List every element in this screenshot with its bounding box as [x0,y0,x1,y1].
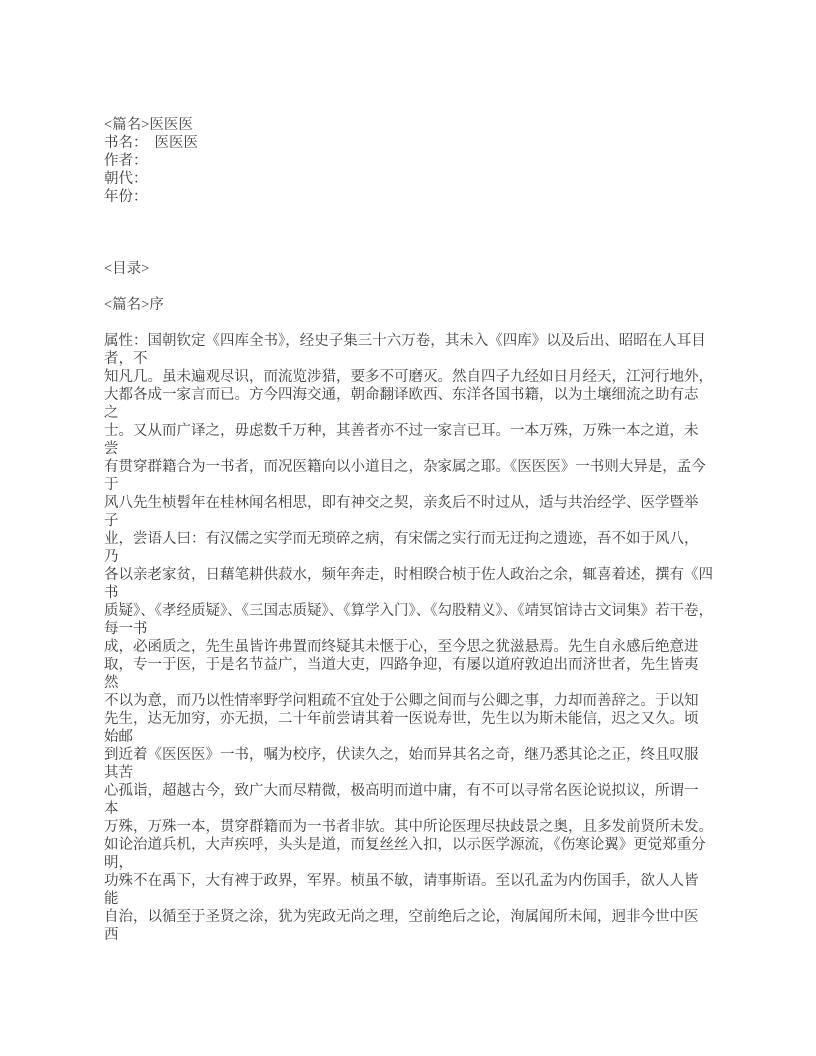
spacer [104,278,764,296]
spacer [104,206,764,260]
preface-line: 业，尝语人曰：有汉儒之实学而无琐碎之病，有宋儒之实行而无迂拘之遗迹，吾不如于风八… [104,530,764,548]
preface-line: 尝 [104,440,764,458]
preface-line: 风八先生桢髫年在桂林闻名相思，即有神交之契，亲炙后不时过从，适与共治经学、医学暨… [104,494,764,512]
preface-line: 自治，以循至于圣贤之涂，犹为宪政无尚之理，空前绝后之论，洵属闻所未闻，迥非今世中… [104,908,764,926]
preface-line: 属性：国朝钦定《四库全书》，经史子集三十六万卷，其未入《四库》以及后出、昭昭在人… [104,332,764,350]
dynasty-label: 朝代： [104,171,148,187]
preface-line: 取，专一于医，于是名节益广，当道大吏，四路争迎，有屡以道府敦迫出而济世者，先生皆… [104,656,764,674]
preface-line: 本 [104,800,764,818]
preface-line: 有贯穿群籍合为一书者，而况医籍向以小道目之，杂家属之耶。《医医医》一书则大异是，… [104,458,764,476]
document-page: <篇名>医医医 书名：医医医 作者： 朝代： 年份： <目录> <篇名>序 属性… [0,0,816,1056]
preface-line: 乃 [104,548,764,566]
year-label: 年份： [104,189,148,205]
preface-line: 然 [104,674,764,692]
preface-line: 各以亲老家贫，日藉笔耕供菽水，频年奔走，时相睽合桢于佐人政治之余，辄喜着述，撰有… [104,566,764,584]
year-line: 年份： [104,188,764,206]
book-title-label: 书名： [104,135,148,151]
preface-line: 心孤诣，超越古今，致广大而尽精微，极高明而道中庸，有不可以寻常名医论说拟议，所谓… [104,782,764,800]
preface-line: 于 [104,476,764,494]
book-title-line: 书名：医医医 [104,134,764,152]
preface-line: 万殊，万殊一本，贯穿群籍而为一书者非欤。其中所论医理尽抉歧景之奥，且多发前贤所未… [104,818,764,836]
preface-line: 知凡几。虽未遍观尽识，而流览涉猎，要多不可磨灭。然自四子九经如日月经天，江河行地… [104,368,764,386]
preface-line: 其苦 [104,764,764,782]
toc-tag: <目录> [104,260,764,278]
preface-line: 之 [104,404,764,422]
preface-line: 西 [104,926,764,944]
author-line: 作者： [104,152,764,170]
document-content: <篇名>医医医 书名：医医医 作者： 朝代： 年份： <目录> <篇名>序 属性… [104,116,764,944]
preface-line: 大都各成一家言而已。方今四海交通，朝命翻译欧西、东洋各国书籍，以为土壤细流之助有… [104,386,764,404]
preface-line: 者，不 [104,350,764,368]
preface-line: 能 [104,890,764,908]
book-title-value: 医医医 [155,135,199,151]
preface-line: 明， [104,854,764,872]
preface-line: 到近着《医医医》一书，嘱为校序，伏读久之，始而异其名之奇，继乃悉其论之正，终且叹… [104,746,764,764]
preface-line: 每一书 [104,620,764,638]
preface-line: 如论治道兵机，大声疾呼，头头是道，而复丝丝入扣，以示医学源流，《伤寒论翼》更觉郑… [104,836,764,854]
preface-line: 书 [104,584,764,602]
preface-body: 属性：国朝钦定《四库全书》，经史子集三十六万卷，其未入《四库》以及后出、昭昭在人… [104,332,764,944]
preface-line: 士。又从而广译之，毋虑数千万种，其善者亦不过一家言已耳。一本万殊，万殊一本之道，… [104,422,764,440]
author-label: 作者： [104,153,148,169]
preface-line: 成，必函质之，先生虽皆许弗置而终疑其未惬于心，至今思之犹滋悬焉。先生自永感后绝意… [104,638,764,656]
preface-line: 先生，达无加穷，亦无损，二十年前尝请其着一医说寿世，先生以为斯未能信，迟之又久。… [104,710,764,728]
preface-line: 质疑》、《孝经质疑》、《三国志质疑》、《算学入门》、《勾股精义》、《靖冥馆诗古文… [104,602,764,620]
preface-tag: <篇名>序 [104,296,764,314]
preface-line: 始邮 [104,728,764,746]
dynasty-line: 朝代： [104,170,764,188]
preface-line: 不以为意，而乃以性情率野学问粗疏不宜处于公卿之间而与公卿之事，力却而善辞之。于以… [104,692,764,710]
preface-line: 子 [104,512,764,530]
section-tag-title: <篇名>医医医 [104,116,764,134]
spacer [104,314,764,332]
preface-line: 功殊不在禹下，大有裨于政界，军界。桢虽不敏，请事斯语。至以孔孟为内伤国手，欲人人… [104,872,764,890]
